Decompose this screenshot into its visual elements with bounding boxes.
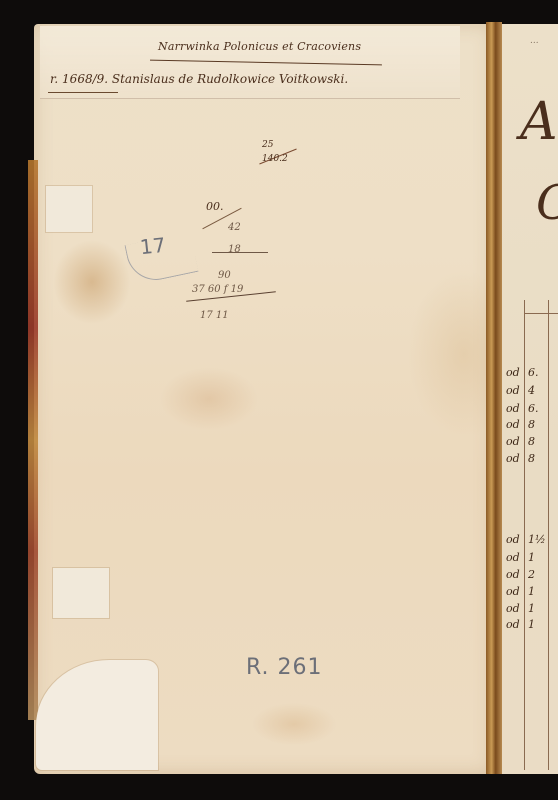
- table-row: od1: [506, 618, 535, 631]
- calculation-line: 90: [218, 270, 231, 281]
- table-row: od1: [506, 585, 535, 598]
- paper-repair-patch: [46, 186, 92, 232]
- binding-edge: [28, 160, 38, 720]
- table-row: od1½: [506, 533, 546, 546]
- table-row: od1: [506, 551, 535, 564]
- date-underline: [48, 92, 118, 93]
- calculation-line: 37 60 f 19: [192, 284, 243, 295]
- title-inscription: Narrwinka Polonicus et Cracoviens: [158, 40, 361, 53]
- pencil-number: 17: [139, 233, 167, 260]
- decorated-initial: C: [536, 175, 558, 231]
- owner-inscription: r. 1668/9. Stanislaus de Rudolkowice Voi…: [50, 72, 348, 86]
- table-row: od8: [506, 435, 535, 448]
- calculation-line: 42: [228, 222, 241, 233]
- decorated-initial: A: [520, 92, 558, 152]
- table-row: od8: [506, 418, 535, 431]
- spine-gutter: [486, 22, 502, 774]
- paper-repair-patch: [53, 568, 109, 618]
- table-row: od2: [506, 568, 535, 581]
- table-column-rule: [548, 300, 549, 770]
- table-row: od6.: [506, 402, 539, 415]
- faint-header: ...: [530, 36, 539, 46]
- manuscript-scan: Narrwinka Polonicus et Cracoviens r. 166…: [0, 0, 558, 800]
- table-row: od4: [506, 384, 535, 397]
- calculation-rule: [212, 252, 268, 253]
- table-row: od8: [506, 452, 535, 465]
- shelfmark: R. 261: [246, 655, 322, 680]
- fraction-numerator: 25: [262, 140, 273, 150]
- fraction-denominator: 140.2: [262, 154, 288, 164]
- calculation-line: 18: [228, 244, 241, 255]
- table-header-rule: [524, 313, 558, 314]
- table-row: od1: [506, 602, 535, 615]
- calculation-line: 00.: [206, 200, 224, 213]
- table-row: od6.: [506, 366, 539, 379]
- calculation-line: 17 11: [200, 310, 229, 321]
